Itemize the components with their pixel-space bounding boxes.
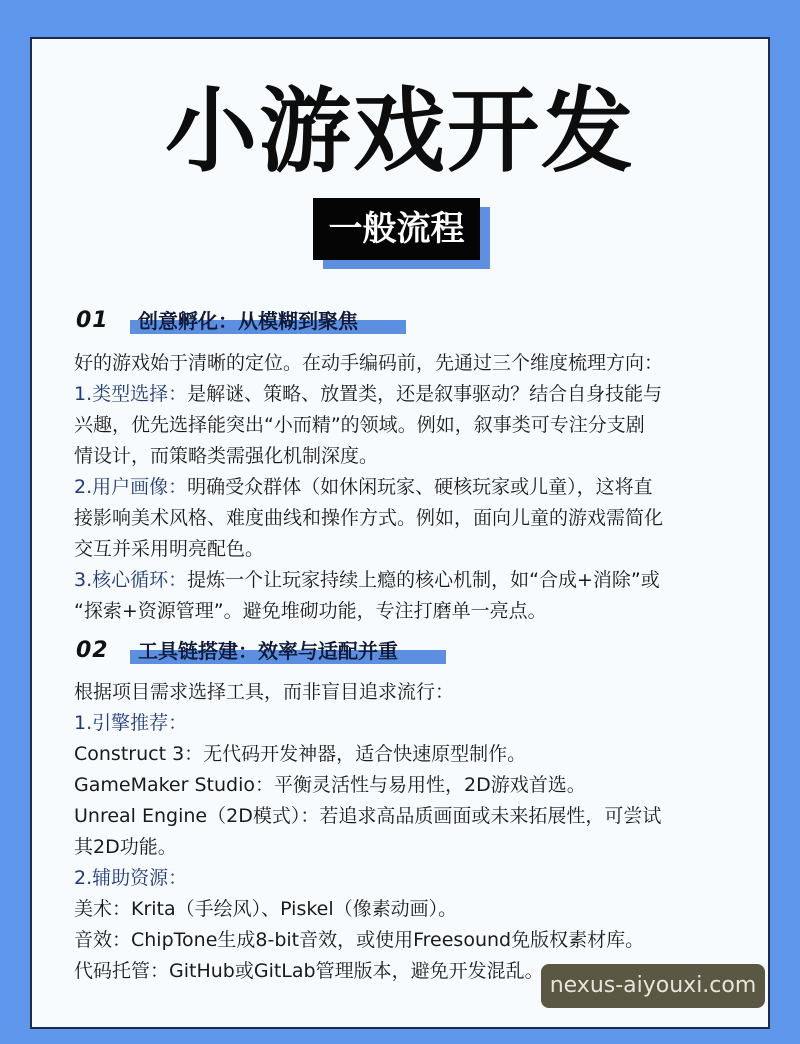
body-line: 2.辅助资源： [74,863,744,894]
section-title: 工具链搭建：效率与适配并重 [138,636,398,666]
section-body-01: 好的游戏始于清晰的定位。在动手编码前，先通过三个维度梳理方向： 1.类型选择：是… [74,348,744,627]
section-body-02: 根据项目需求选择工具，而非盲目追求流行： 1.引擎推荐： Construct 3… [74,677,744,987]
body-line: 1.引擎推荐： [74,708,744,739]
label-highlight: 3.核心循环： [74,565,187,596]
body-line: Construct 3：无代码开发神器，适合快速原型制作。 [74,739,744,770]
section-number: 01 [76,306,109,336]
label-highlight: 1.类型选择： [74,379,187,410]
body-line: 接影响美术风格、难度曲线和操作方式。例如，面向儿童的游戏需简化 [74,503,744,534]
body-line: 兴趣，优先选择能突出“小而精”的领域。例如，叙事类可专注分支剧 [74,410,744,441]
body-line: 2.用户画像：明确受众群体（如休闲玩家、硬核玩家或儿童），这将直 [74,472,744,503]
watermark-badge: nexus-aiyouxi.com [541,964,765,1008]
section-title: 创意孵化：从模糊到聚焦 [138,306,358,336]
body-line: GameMaker Studio：平衡灵活性与易用性，2D游戏首选。 [74,770,744,801]
body-line: “探索+资源管理”。避免堆砌功能，专注打磨单一亮点。 [74,596,744,627]
body-line: 美术：Krita（手绘风）、Piskel（像素动画）。 [74,894,744,925]
body-line: 交互并采用明亮配色。 [74,534,744,565]
badge-label: 一般流程 [313,198,480,260]
section-number: 02 [76,636,109,666]
body-line: 3.核心循环：提炼一个让玩家持续上瘾的核心机制，如“合成+消除”或 [74,565,744,596]
body-line: 好的游戏始于清晰的定位。在动手编码前，先通过三个维度梳理方向： [74,348,744,379]
body-line: Unreal Engine（2D模式）：若追求高品质画面或未来拓展性，可尝试 [74,801,744,832]
body-line: 根据项目需求选择工具，而非盲目追求流行： [74,677,744,708]
label-highlight: 2.辅助资源： [74,863,187,894]
subtitle-badge: 一般流程 [313,198,480,260]
body-line: 其2D功能。 [74,832,744,863]
poster-title: 小游戏开发 [0,82,800,182]
label-highlight: 2.用户画像： [74,472,187,503]
body-line: 情设计，而策略类需强化机制深度。 [74,441,744,472]
label-highlight: 1.引擎推荐： [74,708,187,739]
body-line: 1.类型选择：是解谜、策略、放置类，还是叙事驱动？结合自身技能与 [74,379,744,410]
body-line: 音效：ChipTone生成8-bit音效，或使用Freesound免版权素材库。 [74,925,744,956]
